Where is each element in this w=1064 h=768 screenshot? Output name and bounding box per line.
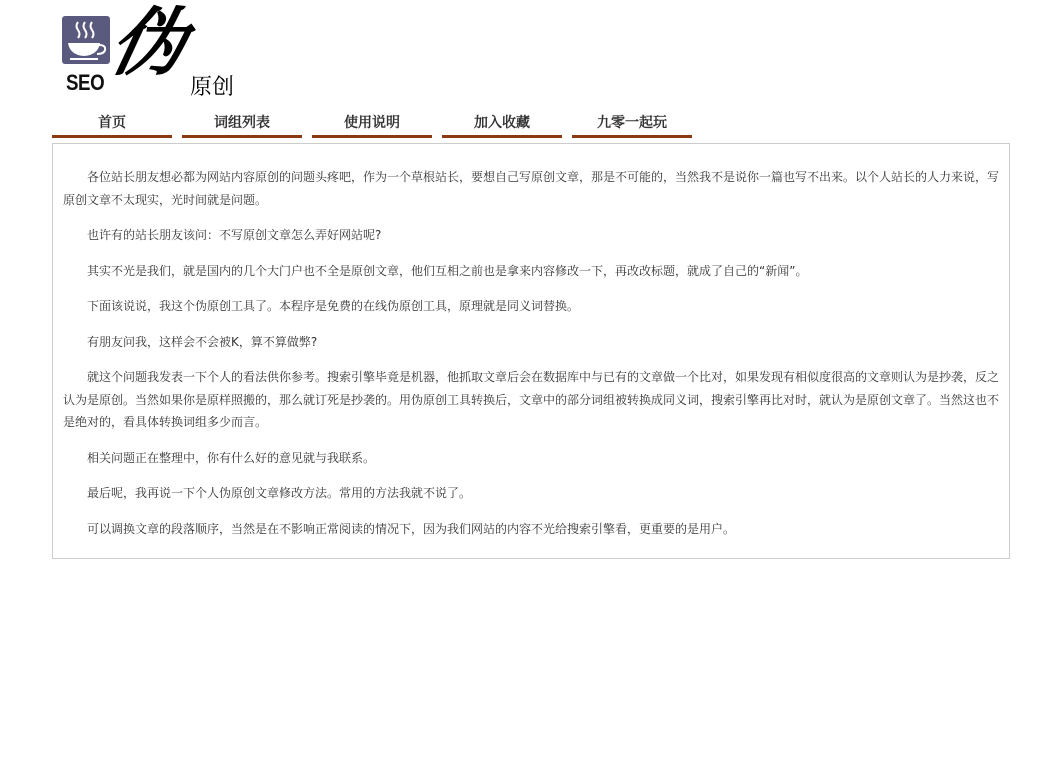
coffee-cup-icon: [62, 16, 110, 64]
paragraph: 就这个问题我发表一下个人的看法供你参考。搜索引擎毕竟是机器，他抓取文章后会在数据…: [63, 366, 999, 434]
site-logo[interactable]: SEO 伪 原创: [62, 12, 242, 98]
article-content: 各位站长朋友想必都为网站内容原创的问题头疼吧，作为一个草根站长，要想自己写原创文…: [52, 143, 1010, 559]
nav-item-home[interactable]: 首页: [52, 112, 172, 138]
nav-item-add-favorite[interactable]: 加入收藏: [442, 112, 562, 138]
paragraph: 各位站长朋友想必都为网站内容原创的问题头疼吧，作为一个草根站长，要想自己写原创文…: [63, 166, 999, 211]
paragraph: 下面该说说，我这个伪原创工具了。本程序是免费的在线伪原创工具，原理就是同义词替换…: [63, 295, 999, 318]
paragraph: 也许有的站长朋友该问：不写原创文章怎么弄好网站呢?: [63, 224, 999, 247]
paragraph: 最后呢，我再说一下个人伪原创文章修改方法。常用的方法我就不说了。: [63, 482, 999, 505]
main-nav: 首页 词组列表 使用说明 加入收藏 九零一起玩: [52, 112, 702, 138]
nav-item-word-list[interactable]: 词组列表: [182, 112, 302, 138]
logo-seo-text: SEO: [66, 70, 104, 96]
logo-sub-text: 原创: [190, 70, 234, 101]
paragraph: 其实不光是我们，就是国内的几个大门户也不全是原创文章，他们互相之前也是拿来内容修…: [63, 260, 999, 283]
paragraph: 有朋友问我，这样会不会被K，算不算做弊?: [63, 331, 999, 354]
nav-item-play-together[interactable]: 九零一起玩: [572, 112, 692, 138]
logo-calligraphy-glyph: 伪: [104, 6, 194, 80]
nav-item-instructions[interactable]: 使用说明: [312, 112, 432, 138]
paragraph: 相关问题正在整理中，你有什么好的意见就与我联系。: [63, 447, 999, 470]
paragraph: 可以调换文章的段落顺序，当然是在不影响正常阅读的情况下，因为我们网站的内容不光给…: [63, 518, 999, 541]
